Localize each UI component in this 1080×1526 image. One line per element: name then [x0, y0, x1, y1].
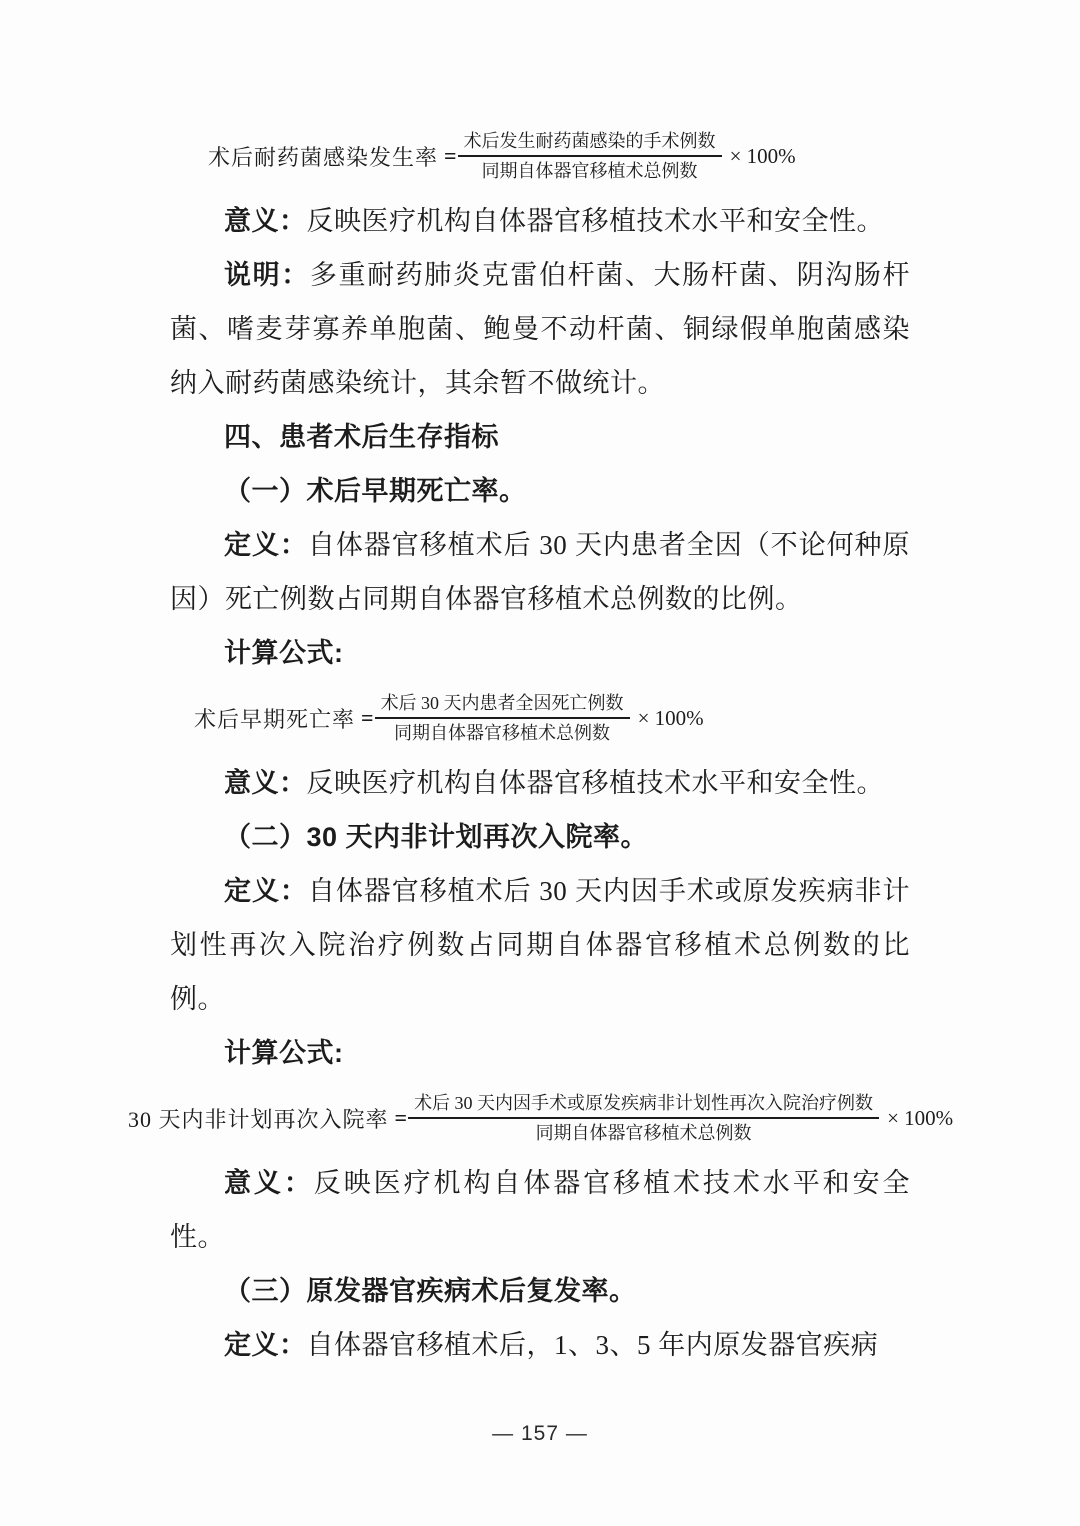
- definition-label: 定义：: [224, 530, 308, 560]
- fraction: 术后发生耐药菌感染的手术例数 同期自体器官移植术总例数: [458, 130, 722, 183]
- subsection-heading-1: （一）术后早期死亡率。: [170, 464, 910, 518]
- note-paragraph: 说明：多重耐药肺炎克雷伯杆菌、大肠杆菌、阴沟肠杆菌、嗜麦芽寡养单胞菌、鲍曼不动杆…: [170, 248, 910, 410]
- multiplier: × 100%: [887, 1106, 953, 1131]
- significance-label: 意义：: [224, 206, 307, 236]
- fraction-denominator: 同期自体器官移植术总例数: [375, 719, 630, 745]
- document-content: 术后耐药菌感染发生率 = 术后发生耐药菌感染的手术例数 同期自体器官移植术总例数…: [170, 118, 910, 1372]
- definition-label: 定义：: [224, 876, 308, 906]
- calc-formula-label-1: 计算公式:: [170, 626, 910, 680]
- page-number: — 157 —: [0, 1422, 1080, 1446]
- calc-formula-label-2: 计算公式:: [170, 1026, 910, 1080]
- equals-sign: =: [444, 143, 457, 169]
- fraction: 术后 30 天内因手术或原发疾病非计划性再次入院治疗例数 同期自体器官移植术总例…: [408, 1092, 879, 1145]
- fraction-numerator: 术后 30 天内因手术或原发疾病非计划性再次入院治疗例数: [408, 1092, 879, 1120]
- equals-sign: =: [361, 705, 374, 731]
- subsection-heading-3: （三）原发器官疾病术后复发率。: [170, 1264, 910, 1318]
- definition-paragraph-2: 定义：自体器官移植术后 30 天内因手术或原发疾病非计划性再次入院治疗例数占同期…: [170, 864, 910, 1026]
- definition-text: 自体器官移植术后，1、3、5 年内原发器官疾病: [307, 1330, 879, 1360]
- significance-label: 意义：: [224, 768, 307, 798]
- significance-paragraph-2: 意义：反映医疗机构自体器官移植技术水平和安全性。: [170, 756, 910, 810]
- significance-label: 意义：: [224, 1168, 314, 1198]
- definition-label: 定义：: [224, 1330, 307, 1360]
- significance-text: 反映医疗机构自体器官移植技术水平和安全性。: [307, 768, 885, 798]
- significance-paragraph-1: 意义：反映医疗机构自体器官移植技术水平和安全性。: [170, 194, 910, 248]
- formula-early-death-rate: 术后早期死亡率 = 术后 30 天内患者全因死亡例数 同期自体器官移植术总例数 …: [194, 680, 910, 756]
- fraction: 术后 30 天内患者全因死亡例数 同期自体器官移植术总例数: [375, 692, 630, 745]
- multiplier: × 100%: [638, 706, 704, 731]
- formula-lhs: 术后耐药菌感染发生率: [208, 141, 438, 172]
- section-heading-4: 四、患者术后生存指标: [170, 410, 910, 464]
- equals-sign: =: [395, 1105, 408, 1131]
- formula-drug-resistant-infection-rate: 术后耐药菌感染发生率 = 术后发生耐药菌感染的手术例数 同期自体器官移植术总例数…: [208, 118, 910, 194]
- formula-readmission-rate: 30 天内非计划再次入院率 = 术后 30 天内因手术或原发疾病非计划性再次入院…: [128, 1080, 910, 1156]
- definition-paragraph-3: 定义：自体器官移植术后，1、3、5 年内原发器官疾病: [170, 1318, 910, 1372]
- fraction-numerator: 术后 30 天内患者全因死亡例数: [375, 692, 630, 720]
- significance-paragraph-3: 意义：反映医疗机构自体器官移植术技术水平和安全性。: [170, 1156, 910, 1264]
- fraction-denominator: 同期自体器官移植术总例数: [408, 1119, 879, 1145]
- note-label: 说明：: [224, 260, 310, 290]
- subsection-heading-2: （二）30 天内非计划再次入院率。: [170, 810, 910, 864]
- multiplier: × 100%: [730, 144, 796, 169]
- fraction-numerator: 术后发生耐药菌感染的手术例数: [458, 130, 722, 158]
- fraction-denominator: 同期自体器官移植术总例数: [458, 157, 722, 183]
- formula-lhs: 术后早期死亡率: [194, 703, 355, 734]
- document-page: 术后耐药菌感染发生率 = 术后发生耐药菌感染的手术例数 同期自体器官移植术总例数…: [0, 0, 1080, 1526]
- formula-lhs: 30 天内非计划再次入院率: [128, 1103, 389, 1134]
- significance-text: 反映医疗机构自体器官移植技术水平和安全性。: [307, 206, 885, 236]
- definition-paragraph-1: 定义：自体器官移植术后 30 天内患者全因（不论何种原因）死亡例数占同期自体器官…: [170, 518, 910, 626]
